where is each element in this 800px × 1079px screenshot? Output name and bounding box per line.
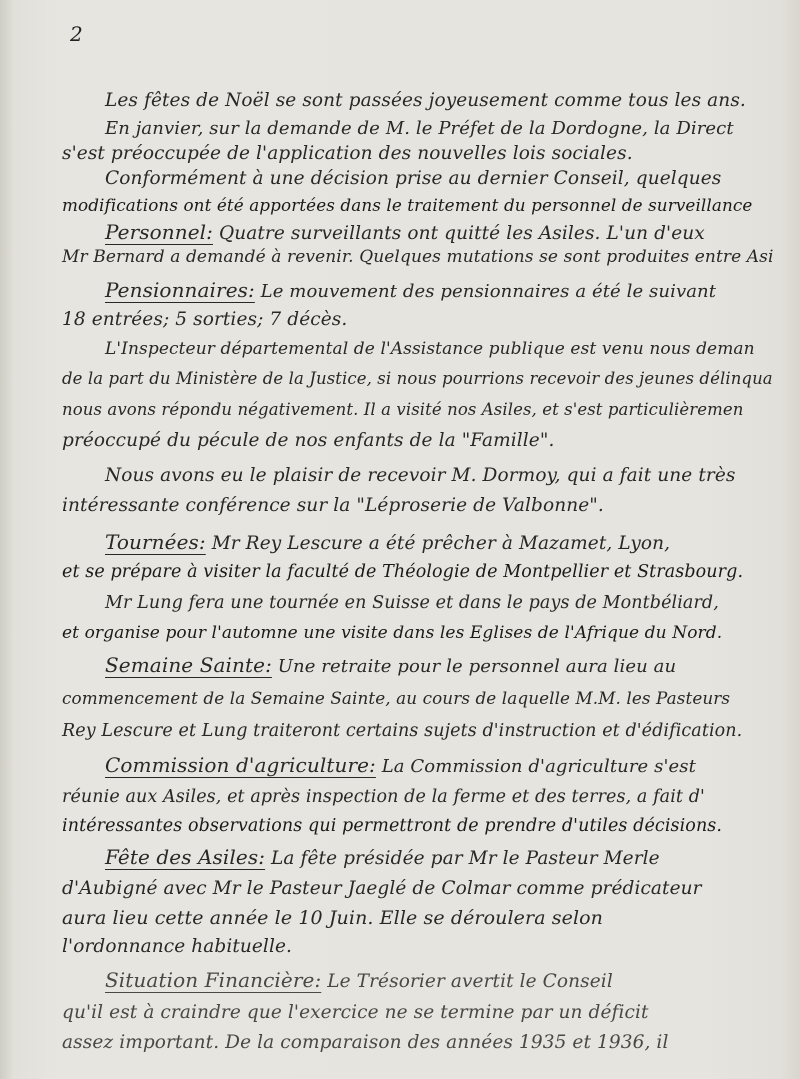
page-number: 2 [70, 22, 83, 46]
text-line: l'ordonnance habituelle. [62, 938, 292, 957]
text-line: Mr Bernard a demandé à revenir. Quelques… [62, 249, 774, 266]
section-pensionnaires: Pensionnaires: Le mouvement des pensionn… [105, 280, 716, 301]
section-situation-financiere: Situation Financière: Le Trésorier avert… [105, 970, 613, 992]
section-heading: Semaine Sainte: [105, 653, 272, 677]
text-line: commencement de la Semaine Sainte, au co… [62, 690, 730, 707]
text-line: d'Aubigné avec Mr le Pasteur Jaeglé de C… [62, 880, 702, 899]
section-commission-agriculture: Commission d'agriculture: La Commission … [105, 755, 696, 776]
section-personnel: Personnel: Quatre surveillants ont quitt… [105, 222, 705, 244]
section-heading: Fête des Asiles: [105, 845, 265, 869]
text-line: 18 entrées; 5 sorties; 7 décès. [62, 311, 347, 330]
section-semaine-sainte: Semaine Sainte: Une retraite pour le per… [105, 655, 676, 676]
text-line: Mr Lung fera une tournée en Suisse et da… [105, 595, 719, 613]
text-line: Nous avons eu le plaisir de recevoir M. … [105, 467, 735, 486]
text-line: aura lieu cette année le 10 Juin. Elle s… [62, 909, 603, 928]
text-line: Les fêtes de Noël se sont passées joyeus… [105, 92, 746, 111]
section-fete-des-asiles: Fête des Asiles: La fête présidée par Mr… [105, 847, 660, 869]
text-line: de la part du Ministère de la Justice, s… [62, 371, 773, 388]
text-line: assez important. De la comparaison des a… [62, 1034, 668, 1053]
text-line: nous avons répondu négativement. Il a vi… [62, 402, 743, 419]
text-line: s'est préoccupée de l'application des no… [62, 145, 633, 164]
section-heading: Commission d'agriculture: [105, 753, 376, 777]
text-line: et organise pour l'automne une visite da… [62, 625, 722, 642]
section-heading: Personnel: [105, 220, 213, 244]
text-line: En janvier, sur la demande de M. le Préf… [105, 120, 734, 138]
text-line: qu'il est à craindre que l'exercice ne s… [62, 1004, 649, 1023]
text-line: préoccupé du pécule de nos enfants de la… [62, 432, 554, 451]
text-line: Rey Lescure et Lung traiteront certains … [62, 723, 742, 741]
text-line: Conformément à une décision prise au der… [105, 170, 721, 189]
section-heading: Situation Financière: [105, 968, 321, 992]
section-heading: Tournées: [105, 530, 206, 554]
text-line: et se prépare à visiter la faculté de Th… [62, 564, 743, 582]
text-line: réunie aux Asiles, et après inspection d… [62, 789, 705, 807]
text-line: modifications ont été apportées dans le … [62, 197, 752, 214]
section-tournees: Tournées: Mr Rey Lescure a été prêcher à… [105, 532, 670, 554]
text-line: intéressante conférence sur la "Léproser… [62, 497, 604, 516]
text-line: L'Inspecteur départemental de l'Assistan… [105, 341, 755, 358]
section-heading: Pensionnaires: [105, 278, 255, 302]
text-line: intéressantes observations qui permettro… [62, 818, 722, 836]
document-page: 2 Les fêtes de Noël se sont passées joye… [0, 0, 800, 1079]
